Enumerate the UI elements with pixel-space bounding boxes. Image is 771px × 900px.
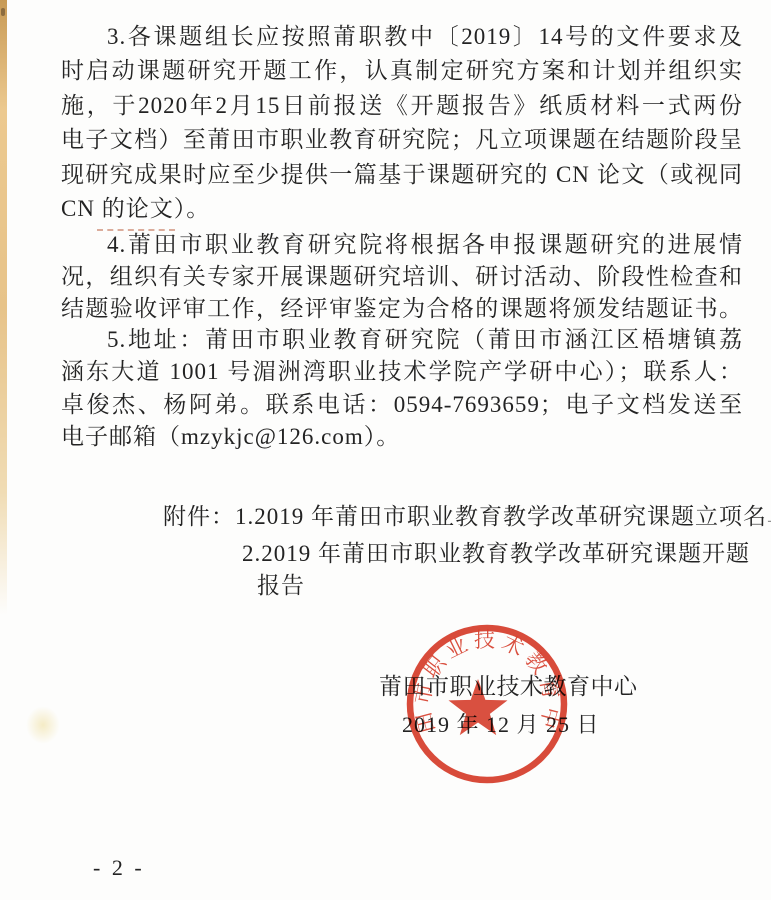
scan-speck — [1, 8, 5, 16]
paragraph-5-line: 5.地址：莆田市职业教育研究院（莆田市涵江区梧塘镇荔 — [61, 321, 743, 353]
scan-edge-strip — [0, 0, 7, 615]
scan-smudge — [26, 706, 60, 744]
paragraph-3-line: 3.各课题组长应按照莆职教中〔2019〕14号的文件要求及 — [61, 18, 743, 52]
paragraph-3-line: 施，于2020年2月15日前报送《开题报告》纸质材料一式两份（含 — [61, 87, 743, 121]
paragraph-3-line: 时启动课题研究开题工作，认真制定研究方案和计划并组织实 — [61, 52, 743, 86]
seal-graphic: 莆田市职业技术教育中心 — [402, 622, 572, 788]
page-number: - 2 - — [93, 855, 145, 881]
paragraph-5-line: 电子邮箱（mzykjc@126.com）。 — [61, 418, 743, 450]
paragraph-4-line: 况，组织有关专家开展课题研究培训、研讨活动、阶段性检查和 — [61, 258, 743, 290]
attachment-line-1: 附件：1.2019 年莆田市职业教育教学改革研究课题立项名单 — [163, 498, 771, 531]
paragraph-5: 5.地址：莆田市职业教育研究院（莆田市涵江区梧塘镇荔 涵东大道 1001 号湄洲… — [61, 321, 743, 450]
paragraph-4-line: 结题验收评审工作，经评审鉴定为合格的课题将颁发结题证书。 — [61, 290, 743, 322]
star-icon — [449, 679, 508, 735]
paragraph-3-line: 电子文档）至莆田市职业教育研究院；凡立项课题在结题阶段呈 — [61, 121, 743, 155]
paragraph-4: 4.莆田市职业教育研究院将根据各申报课题研究的进展情 况，组织有关专家开展课题研… — [61, 226, 743, 322]
paragraph-3-line: 现研究成果时应至少提供一篇基于课题研究的 CN 论文（或视同 — [61, 156, 743, 190]
paragraph-3-line: CN 的论文）。 — [61, 190, 743, 224]
paragraph-5-line: 卓俊杰、杨阿弟。联系电话：0594-7693659；电子文档发送至 — [61, 386, 743, 418]
paragraph-5-line: 涵东大道 1001 号湄洲湾职业技术学院产学研中心）；联系人： — [61, 353, 743, 385]
attachment-line-2: 2.2019 年莆田市职业教育教学改革研究课题开题 — [242, 535, 750, 568]
paragraph-3: 3.各课题组长应按照莆职教中〔2019〕14号的文件要求及 时启动课题研究开题工… — [61, 18, 743, 224]
attachment-line-3: 报告 — [257, 567, 305, 600]
scanned-document-page: 3.各课题组长应按照莆职教中〔2019〕14号的文件要求及 时启动课题研究开题工… — [0, 0, 771, 900]
paragraph-4-line: 4.莆田市职业教育研究院将根据各申报课题研究的进展情 — [61, 226, 743, 258]
official-red-seal: 莆田市职业技术教育中心 — [402, 622, 572, 788]
